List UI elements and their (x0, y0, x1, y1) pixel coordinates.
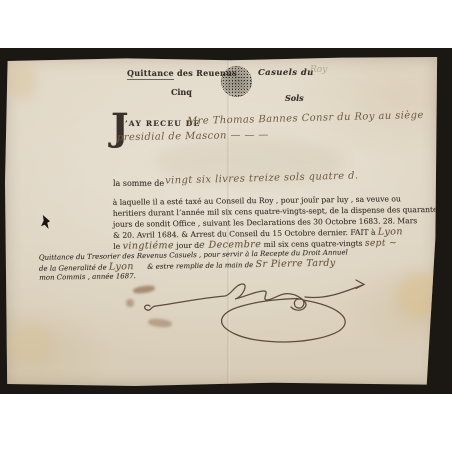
fiscal-seal-icon (221, 66, 252, 97)
date-year-handwriting: sept ∼ (365, 238, 397, 248)
commis-handwriting: Sr Pierre Tardy (255, 257, 335, 269)
header-title-word1: Quittance (127, 68, 174, 80)
date-day-handwriting: vingtiéme (123, 240, 174, 252)
payer-handwriting-line1: Mre Thomas Bannes Consr du Roy au siège (187, 110, 424, 127)
clause-line-5-jour: jour d (176, 241, 199, 250)
stain-bottom-left (7, 325, 53, 363)
clause-line-5-le: le (113, 242, 120, 251)
sum-label: la somme de (113, 179, 164, 188)
scan-photo: Quittance des Reuenus Casuels du Roy Cin… (0, 0, 452, 452)
ink-blot (41, 215, 50, 229)
clause-paragraph: à laquelle il a esté taxé au Conseil du … (113, 193, 422, 253)
denomination-cinq: Cinq (171, 87, 192, 97)
header-title-roy-faded: Roy (310, 65, 327, 75)
stain-top-left (7, 61, 37, 101)
signature-paraph-icon (143, 270, 381, 365)
header-title-right: Casuels du (258, 68, 314, 78)
generalite-handwriting: Lyon (109, 261, 134, 272)
fait-place-handwriting: Lyon (378, 226, 403, 237)
denomination-sols: Sols (285, 93, 304, 103)
footnote-line-2a: de la Generalité de (39, 263, 107, 272)
ink-smudge-3 (126, 299, 134, 307)
paper-sheet: Quittance des Reuenus Casuels du Roy Cin… (5, 57, 438, 386)
